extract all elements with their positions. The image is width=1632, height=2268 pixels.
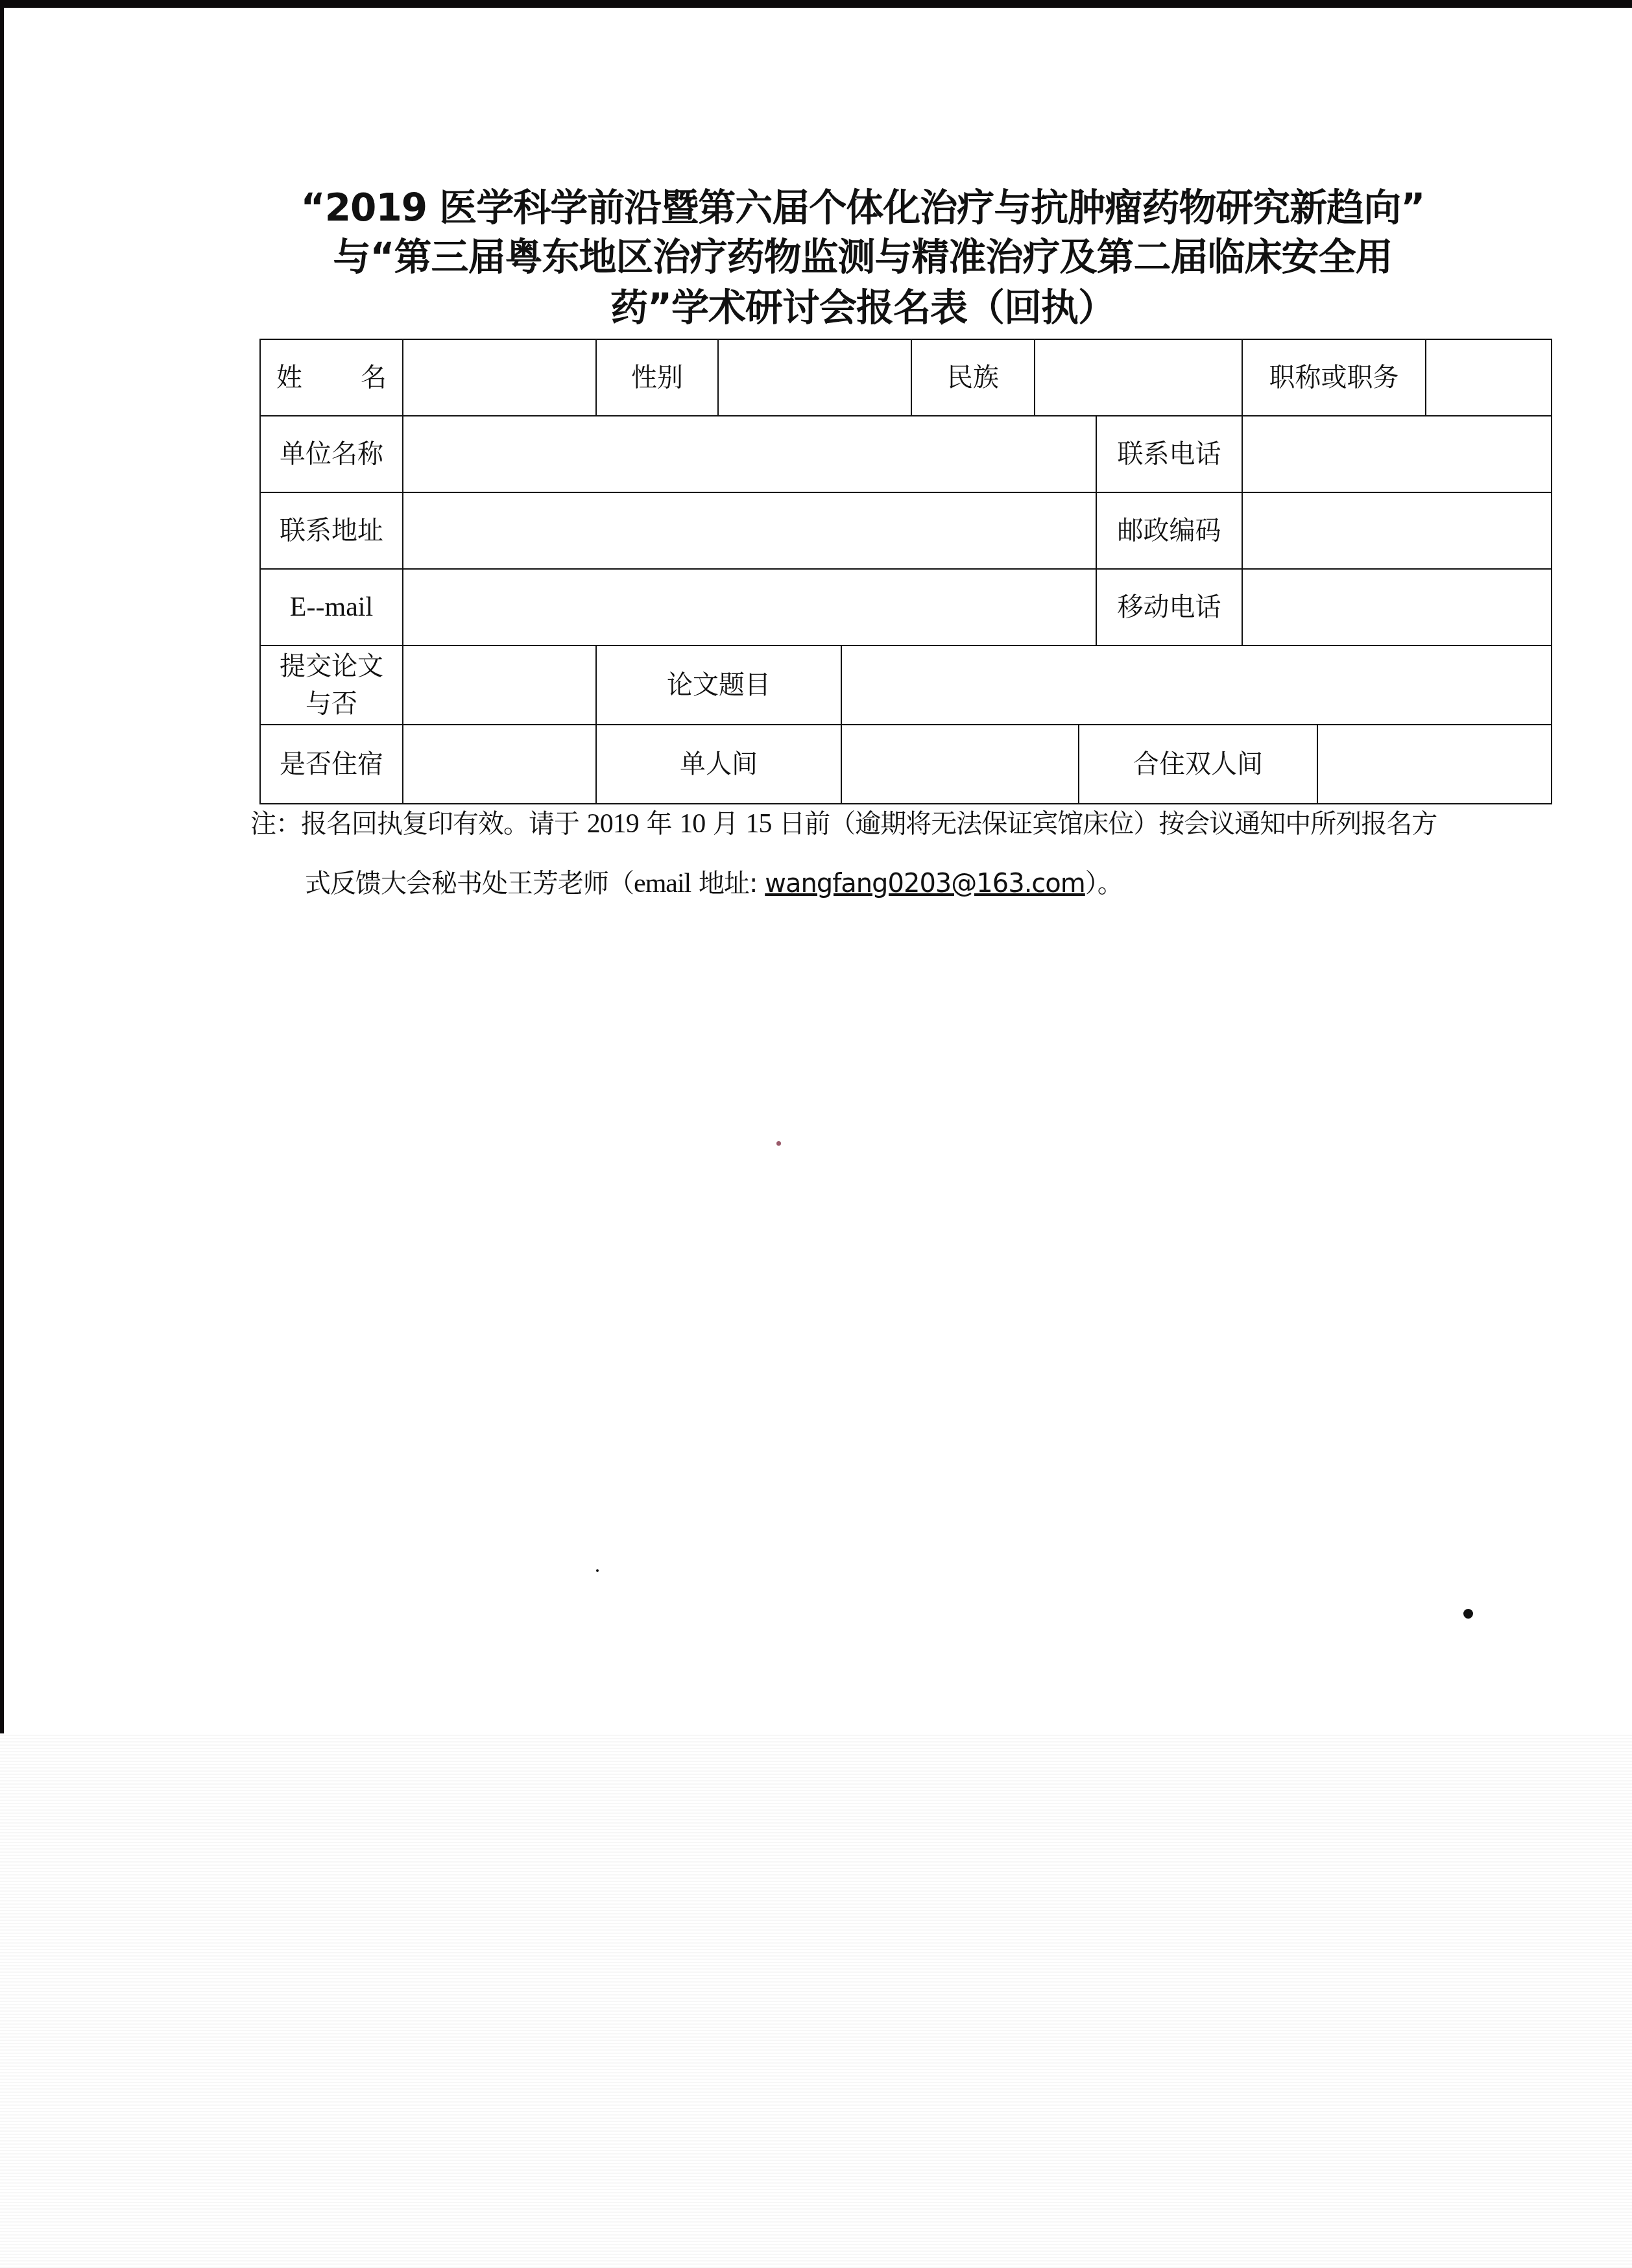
paper-title-field[interactable]	[841, 645, 1552, 725]
note-line-1: 注：报名回执复印有效。请于 2019 年 10 月 15 日前（逾期将无法保证宾…	[250, 803, 1437, 840]
scan-speck	[776, 1141, 781, 1146]
shared-double-room-label: 合住双人间	[1078, 724, 1318, 804]
gender-field[interactable]	[717, 339, 912, 416]
deadline-month: 10	[679, 809, 705, 839]
job-title-label: 职称或职务	[1242, 339, 1426, 416]
note-text: 年	[639, 809, 679, 839]
ethnicity-field[interactable]	[1034, 339, 1243, 416]
organization-field[interactable]	[402, 415, 1097, 493]
name-label-char-1: 姓	[276, 359, 302, 396]
address-label: 联系地址	[259, 492, 403, 570]
note-text: 日前（逾期将无法保证宾馆床位）按会议通知中所列报名方	[772, 809, 1437, 839]
scan-speck	[596, 1569, 599, 1572]
mobile-phone-field[interactable]	[1242, 568, 1552, 646]
scan-border-left	[0, 0, 4, 1733]
lodging-field[interactable]	[402, 724, 597, 804]
organization-label: 单位名称	[259, 415, 403, 493]
email-label-text: E--mail	[290, 588, 373, 626]
email-label: E--mail	[259, 568, 403, 646]
name-label-char-2: 名	[361, 359, 387, 396]
title-line-1: “2019 医学科学前沿暨第六届个体化治疗与抗肿瘤药物研究新趋向”	[246, 183, 1479, 232]
mobile-phone-label: 移动电话	[1096, 568, 1243, 646]
single-room-label: 单人间	[595, 724, 842, 804]
postcode-field[interactable]	[1242, 492, 1552, 570]
postcode-label: 邮政编码	[1096, 492, 1243, 570]
gender-label: 性别	[595, 339, 719, 416]
blank-area-below-page	[0, 1733, 1632, 2268]
name-field[interactable]	[402, 339, 597, 416]
note-text: 式反馈大会秘书处王芳老师（	[305, 869, 634, 899]
note-text: 月	[705, 809, 745, 839]
deadline-day: 15	[746, 809, 772, 839]
note-text: 注：报名回执复印有效。请于	[250, 809, 587, 839]
title-line-2: 与“第三届粤东地区治疗药物监测与精准治疗及第二届临床安全用	[246, 232, 1479, 282]
ethnicity-label: 民族	[911, 339, 1035, 416]
email-field[interactable]	[402, 568, 1097, 646]
scan-border-top	[0, 0, 1632, 8]
address-field[interactable]	[402, 492, 1097, 570]
paper-submit-label-line-2: 与否	[306, 685, 357, 723]
paper-submit-label-line-1: 提交论文	[280, 647, 383, 685]
job-title-field[interactable]	[1425, 339, 1552, 416]
paper-title-label: 论文题目	[595, 645, 842, 725]
contact-phone-field[interactable]	[1242, 415, 1552, 493]
note-text: 地址:	[691, 869, 765, 899]
paper-submit-field[interactable]	[402, 645, 597, 725]
deadline-year: 2019	[587, 809, 639, 839]
scan-speck	[1463, 1609, 1473, 1619]
contact-email-link[interactable]: wangfang0203@163.com	[765, 869, 1085, 899]
shared-double-room-field[interactable]	[1317, 724, 1552, 804]
paper-submit-label: 提交论文 与否	[259, 645, 403, 725]
note-line-2: 式反馈大会秘书处王芳老师（email 地址: wangfang0203@163.…	[305, 863, 1123, 900]
note-text: email	[634, 869, 691, 899]
title-line-3: 药”学术研讨会报名表（回执）	[246, 283, 1479, 332]
contact-phone-label: 联系电话	[1096, 415, 1243, 493]
lodging-label: 是否住宿	[259, 724, 403, 804]
name-label: 姓 名	[259, 339, 403, 416]
single-room-field[interactable]	[841, 724, 1079, 804]
note-text: ）。	[1085, 869, 1123, 899]
